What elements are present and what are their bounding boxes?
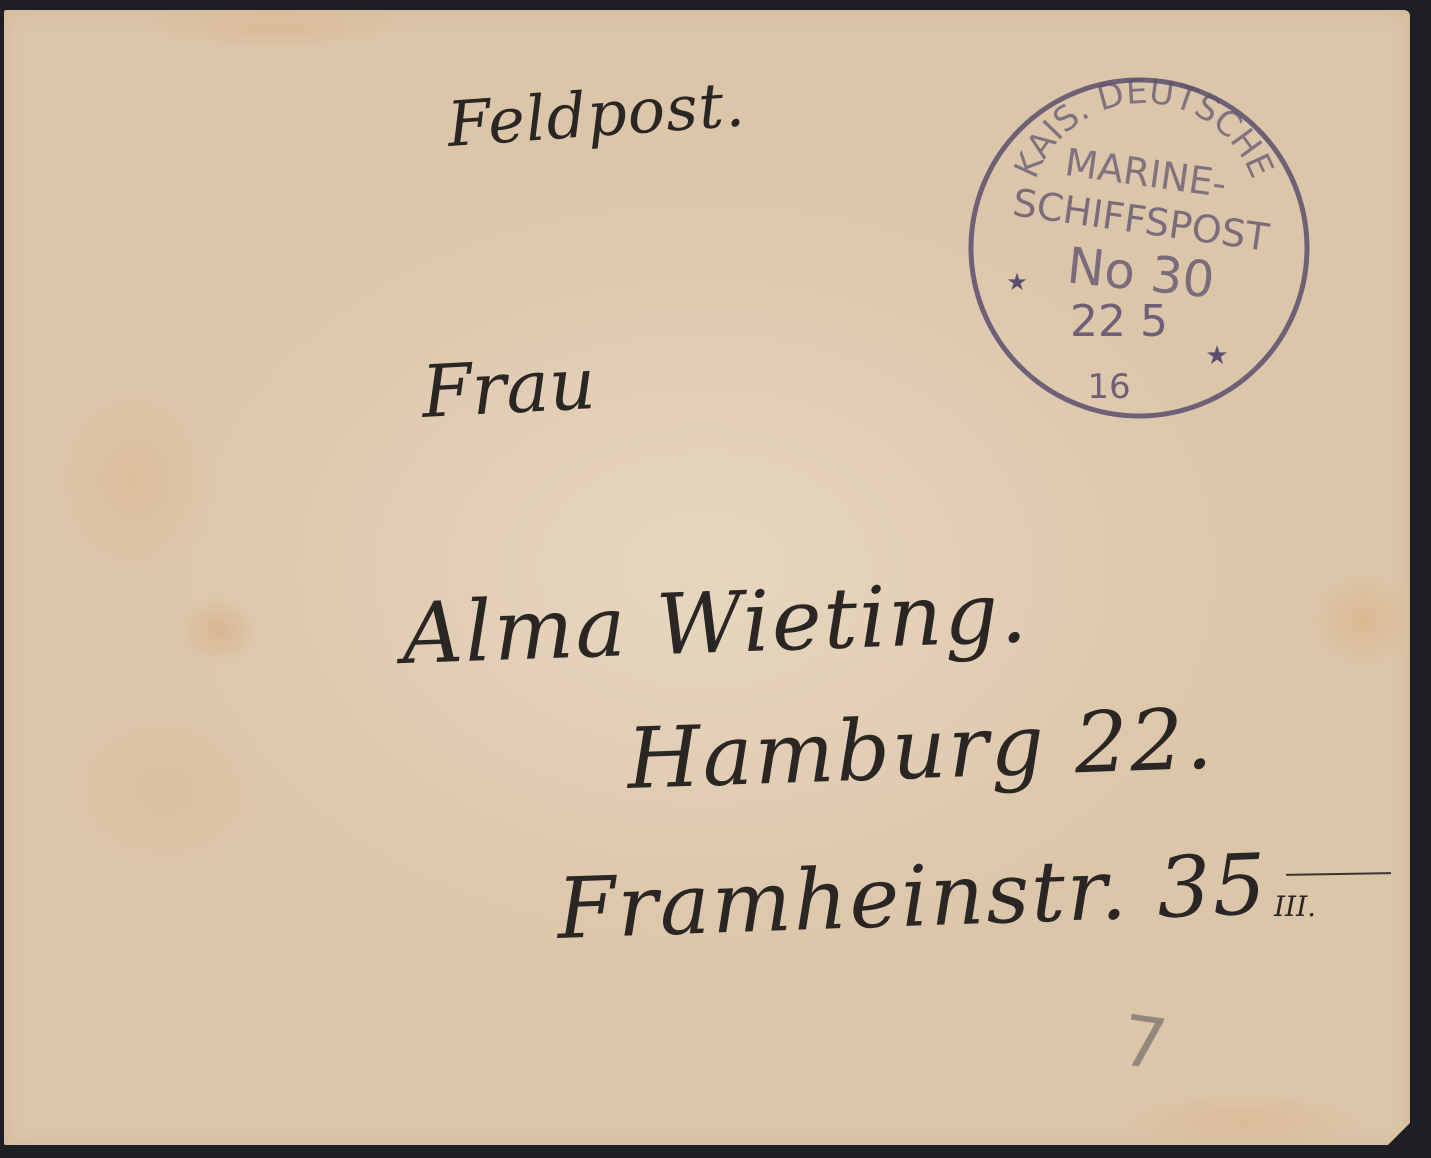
underline-stroke [1286,872,1391,876]
star-icon: ★ [1205,341,1228,371]
floor-note: III. [1274,890,1316,923]
pencil-mark: 7 [1117,999,1173,1086]
feldpost-inscription: Feldpost. [445,67,748,161]
postmark-circle-icon: KAIS. DEUTSCHE MARINE- SCHIFFSPOST No 30… [959,68,1319,428]
postmark-year: 16 [1087,367,1130,407]
postmark-cancel: KAIS. DEUTSCHE MARINE- SCHIFFSPOST No 30… [959,68,1319,428]
salutation: Frau [420,341,598,434]
envelope-corner-fold [1388,1123,1410,1145]
recipient-city: Hamburg 22. [626,690,1216,808]
recipient-street: Framheinstr. 35 [556,835,1270,958]
recipient-name: Alma Wieting. [401,563,1031,683]
postmark-date: 22 5 [1070,296,1168,347]
star-icon: ★ [1006,268,1028,296]
envelope: Feldpost. Frau Alma Wieting. Hamburg 22.… [4,10,1410,1145]
